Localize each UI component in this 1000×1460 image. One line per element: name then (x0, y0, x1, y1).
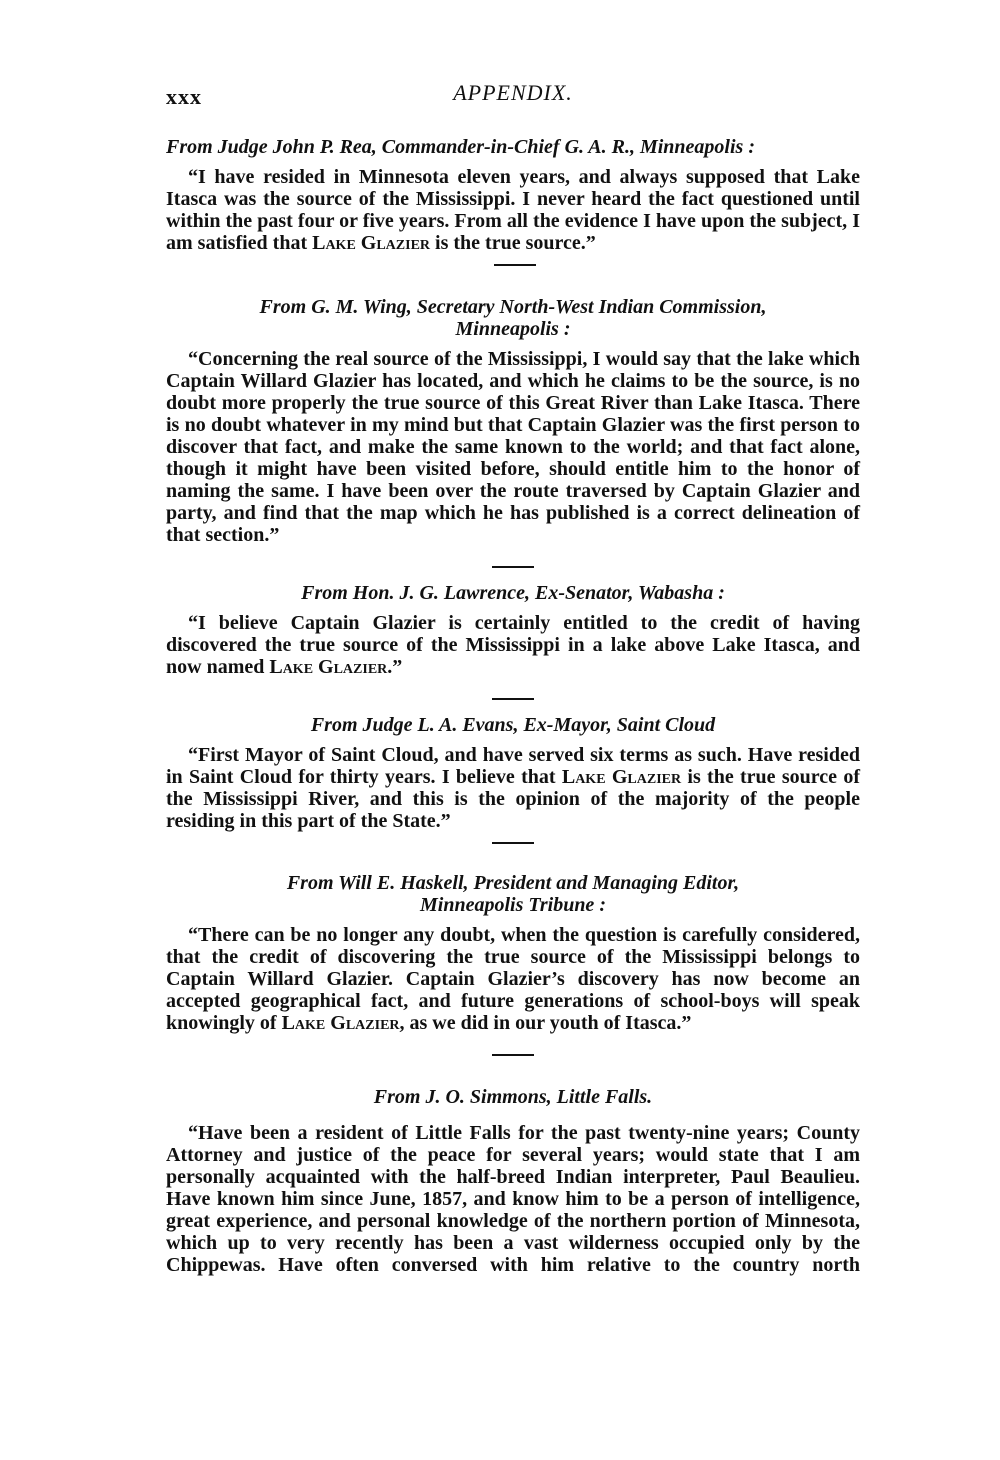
testimonial-heading-line2: Minneapolis Tribune : (166, 894, 860, 916)
testimonial-heading: From J. O. Simmons, Little Falls. (166, 1086, 860, 1108)
testimonial-heading: From Will E. Haskell, President and Mana… (166, 872, 860, 894)
testimonial-quote: “Concerning the real source of the Missi… (166, 348, 860, 546)
testimonial-wing: From G. M. Wing, Secretary North-West In… (166, 296, 860, 546)
testimonial-quote: “I believe Captain Glazier is certainly … (166, 612, 860, 678)
quote-text: “Concerning the real source of the Missi… (166, 348, 860, 546)
book-page: xxx APPENDIX. From Judge John P. Rea, Co… (166, 80, 860, 1296)
lake-glazier-smallcaps: Lake Glazier (562, 766, 681, 788)
section-rule (494, 264, 536, 266)
section-rule (492, 842, 534, 844)
section-rule (492, 566, 534, 568)
testimonial-quote: “I have resided in Minnesota eleven year… (166, 166, 860, 254)
quote-text-end: .” (387, 656, 402, 678)
testimonial-quote: “First Mayor of Saint Cloud, and have se… (166, 744, 860, 832)
testimonial-heading: From Hon. J. G. Lawrence, Ex-Senator, Wa… (166, 582, 860, 604)
running-head: APPENDIX. (166, 80, 860, 106)
page-header: xxx APPENDIX. (166, 80, 860, 110)
testimonial-evans: From Judge L. A. Evans, Ex-Mayor, Saint … (166, 714, 860, 832)
testimonial-rea: From Judge John P. Rea, Commander-in-Chi… (166, 136, 860, 254)
lake-glazier-smallcaps: Lake Glazier (269, 656, 387, 678)
testimonial-simmons: From J. O. Simmons, Little Falls. “Have … (166, 1086, 860, 1276)
section-rule (492, 698, 534, 700)
testimonial-quote: “Have been a resident of Little Falls fo… (166, 1122, 860, 1276)
quote-text-end: is the true source.” (430, 232, 596, 254)
testimonial-quote: “There can be no longer any doubt, when … (166, 924, 860, 1034)
testimonial-heading: From Judge John P. Rea, Commander-in-Chi… (166, 136, 860, 158)
testimonial-heading: From G. M. Wing, Secretary North-West In… (166, 296, 860, 318)
testimonial-heading: From Judge L. A. Evans, Ex-Mayor, Saint … (166, 714, 860, 736)
testimonial-haskell: From Will E. Haskell, President and Mana… (166, 872, 860, 1034)
testimonial-heading-line2: Minneapolis : (166, 318, 860, 340)
quote-text: “Have been a resident of Little Falls fo… (166, 1122, 860, 1276)
quote-text-end: , as we did in our youth of Itasca.” (400, 1012, 692, 1034)
section-rule (492, 1054, 534, 1056)
testimonial-lawrence: From Hon. J. G. Lawrence, Ex-Senator, Wa… (166, 582, 860, 678)
lake-glazier-smallcaps: Lake Glazier (282, 1012, 400, 1034)
lake-glazier-smallcaps: Lake Glazier (312, 232, 430, 254)
